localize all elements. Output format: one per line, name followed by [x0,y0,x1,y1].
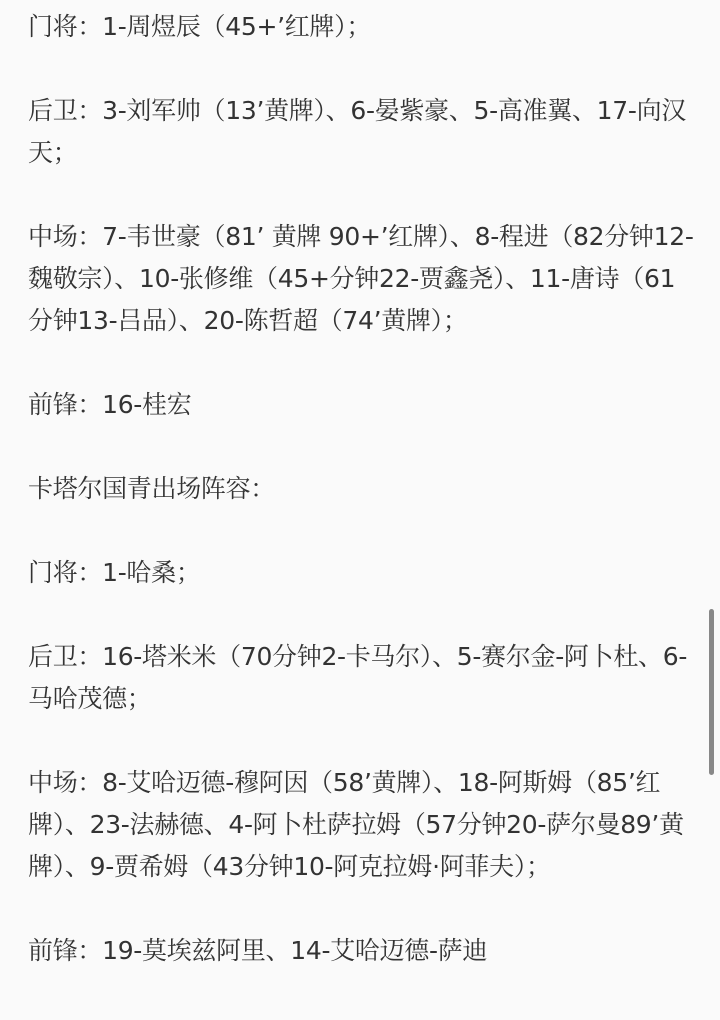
qatar-goalkeeper-line: 门将：1-哈桑； [28,552,698,594]
article-page: 门将：1-周煜辰（45+’红牌）； 后卫：3-刘军帅（13’黄牌）、6-晏紫豪、… [0,0,720,1020]
qatar-forwards-line: 前锋：19-莫埃兹阿里、14-艾哈迈德-萨迪 [28,930,698,972]
article-content: 门将：1-周煜辰（45+’红牌）； 后卫：3-刘军帅（13’黄牌）、6-晏紫豪、… [28,6,698,1014]
china-forwards-line: 前锋：16-桂宏 [28,384,698,426]
qatar-midfielders-line: 中场：8-艾哈迈德-穆阿因（58’黄牌）、18-阿斯姆（85’红牌）、23-法赫… [28,762,698,888]
china-defenders-line: 后卫：3-刘军帅（13’黄牌）、6-晏紫豪、5-高准翼、17-向汉天； [28,90,698,174]
china-goalkeeper-line: 门将：1-周煜辰（45+’红牌）； [28,6,698,48]
vertical-scrollbar[interactable] [709,609,714,775]
qatar-defenders-line: 后卫：16-塔米米（70分钟2-卡马尔）、5-赛尔金-阿卜杜、6-马哈茂德； [28,636,698,720]
qatar-lineup-heading: 卡塔尔国青出场阵容： [28,468,698,510]
china-midfielders-line: 中场：7-韦世豪（81’ 黄牌 90+’红牌）、8-程进（82分钟12-魏敬宗）… [28,216,698,342]
